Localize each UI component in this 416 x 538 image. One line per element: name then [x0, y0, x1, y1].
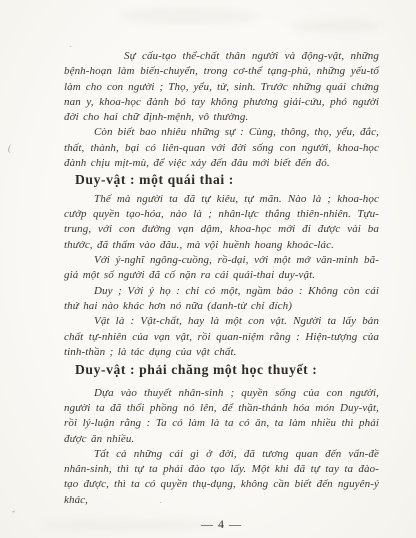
paragraph-6: Vật là : Vật-chất, hay là một con vật. N…: [64, 314, 379, 360]
paragraph-7: Dựa vào thuyết nhân-sinh ; quyền sống củ…: [64, 386, 379, 447]
scan-artifact-mark: -: [12, 506, 15, 516]
paragraph-1: Sự cấu-tạo thể-chất thân người và động-v…: [64, 49, 379, 125]
scan-artifact-mark: .: [70, 40, 72, 49]
paragraph-3: Thế mà người ta đã tự kiêu, tự mãn. Nào …: [64, 192, 379, 253]
paragraph-5: Duy ; Với ý họ : chỉ có một, ngầm bảo : …: [64, 284, 379, 315]
paragraph-8: Tất cả những cái gì ở đời, đã tương quan…: [64, 447, 379, 508]
section-heading-duy-vat-hoc-thuyet: Duy-vật : phải chăng một học thuyết :: [75, 362, 379, 379]
page-number: — 4 —: [64, 517, 379, 532]
paragraph-4: Với ý-nghĩ ngông-cuồng, rồ-dại, với một …: [64, 253, 379, 284]
scan-artifact-mark: (: [8, 143, 11, 153]
scanned-book-page: ( . - . Sự cấu-tạo thể-chất thân người v…: [0, 0, 416, 538]
section-heading-duy-vat-quai-thai: Duy-vật : một quái thai :: [75, 172, 379, 189]
scan-smudge: [290, 20, 380, 32]
text-block: Sự cấu-tạo thể-chất thân người và động-v…: [64, 49, 379, 532]
paragraph-2: Còn biết bao nhiêu những sự : Cùng, thôn…: [64, 125, 379, 171]
scan-smudge: [120, 8, 260, 24]
